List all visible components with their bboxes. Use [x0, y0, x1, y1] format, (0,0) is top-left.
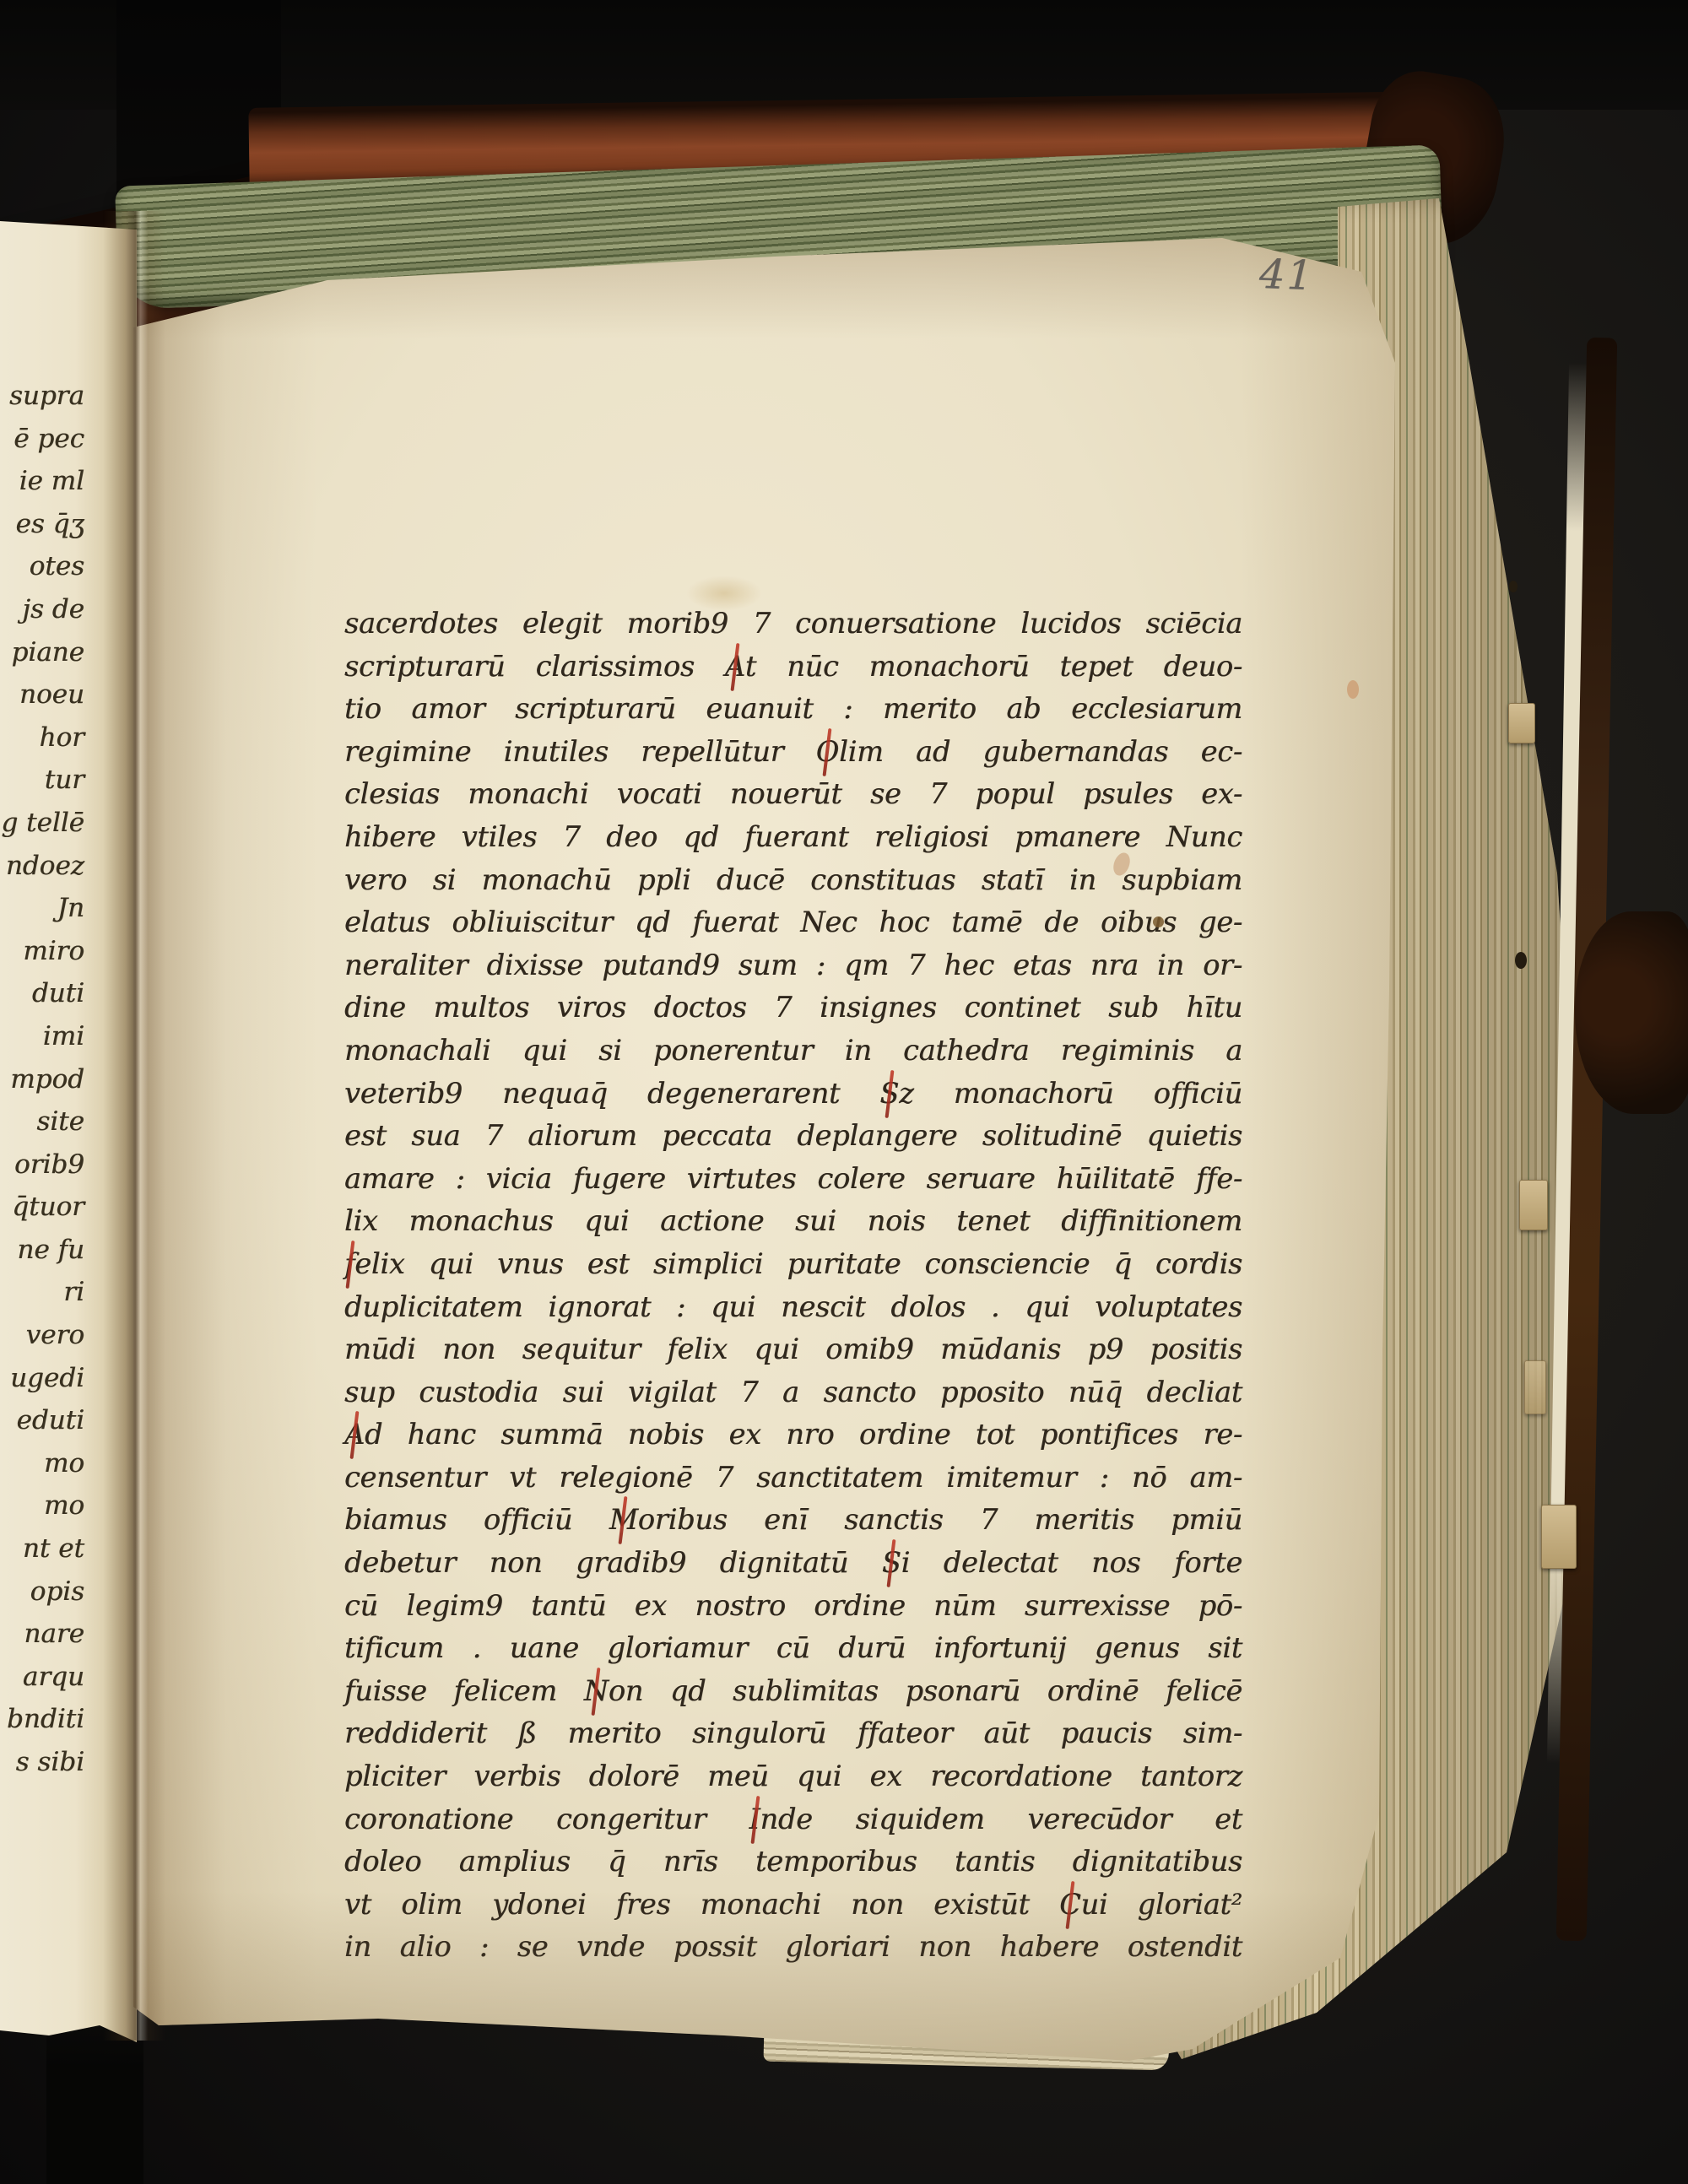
manuscript-photo: supraē pecie mles q̄ʒotesjs depianenoeuh… [0, 0, 1688, 2184]
fragment-line: nt et [0, 1527, 84, 1570]
manuscript-line: regimine inutiles repellūtur Olim ad gub… [344, 731, 1242, 774]
fragment-line: ri vero [0, 1271, 84, 1356]
fragment-line: s sibi [0, 1741, 84, 1784]
edge-rust-stain [1347, 680, 1359, 699]
manuscript-line: Ad hanc summā nobis ex nro ordine tot po… [344, 1414, 1242, 1457]
manuscript-line: sup custodia sui vigilat 7 a sancto ppos… [344, 1371, 1242, 1414]
fragment-line: eduti [0, 1399, 84, 1442]
fragment-line: es q̄ʒ [0, 503, 84, 546]
manuscript-line: reddiderit ß merito singulorū ffateor aū… [344, 1712, 1242, 1755]
manuscript-line: veterib9 nequaq̄ degenerarent Sz monacho… [344, 1073, 1242, 1116]
foxing-stain [686, 576, 762, 611]
rubricated-initial: I [749, 1798, 760, 1841]
fragment-line: g tellē [0, 802, 84, 845]
manuscript-text-block: sacerdotes elegit morib9 7 conuersatione… [344, 603, 1242, 1969]
manuscript-line: scripturarū clarissimos At nūc monachorū… [344, 646, 1242, 689]
fragment-line: noeu [0, 673, 84, 716]
rubricated-initial: S [879, 1073, 899, 1116]
manuscript-line: felix qui vnus est simplici puritate con… [344, 1243, 1242, 1286]
manuscript-line: vt olim ydonei fres monachi non existūt … [344, 1884, 1242, 1927]
fragment-line: supra [0, 375, 84, 418]
manuscript-line: est sua 7 aliorum peccata deplangere sol… [344, 1115, 1242, 1158]
fragment-line: mpod [0, 1058, 84, 1101]
manuscript-line: fuisse felicem Non qd sublimitas psonarū… [344, 1670, 1242, 1713]
fragment-line: mo [0, 1442, 84, 1485]
clasp-strap-shadow [1575, 911, 1688, 1114]
manuscript-line: cū legim9 tantū ex nostro ordine nūm sur… [344, 1585, 1242, 1628]
manuscript-line: mūdi non sequitur felix qui omib9 mūdani… [344, 1328, 1242, 1371]
manuscript-line: vero si monachū ppli ducē constituas sta… [344, 859, 1242, 902]
manuscript-line: hibere vtiles 7 deo qd fuerant religiosi… [344, 816, 1242, 859]
manuscript-line: coronatione congeritur Inde siquidem ver… [344, 1798, 1242, 1841]
rubricated-initial: M [609, 1499, 638, 1542]
fragment-line: ugedi [0, 1357, 84, 1400]
fore-edge-dark-fleck [1509, 581, 1518, 592]
manuscript-line: censentur vt relegionē 7 sanctitatem imi… [344, 1457, 1242, 1500]
manuscript-line: duplicitatem ignorat : qui nescit dolos … [344, 1286, 1242, 1329]
rubricated-initial: f [344, 1243, 354, 1286]
ink-spot-stain [1153, 916, 1164, 927]
fore-edge-dark-fleck [1515, 952, 1527, 969]
fragment-line: q̄tuor [0, 1186, 84, 1229]
rubricated-initial: C [1059, 1884, 1080, 1927]
fragment-line: bnditi [0, 1698, 84, 1741]
fragment-line: js de [0, 588, 84, 631]
manuscript-line: elatus obliuiscitur qd fuerat Nec hoc ta… [344, 901, 1242, 944]
fore-edge-tab [1541, 1505, 1577, 1569]
rubricated-initial: N [584, 1670, 609, 1713]
left-page-sliver: supraē pecie mles q̄ʒotesjs depianenoeuh… [0, 221, 137, 2042]
fragment-line: ē pec [0, 418, 84, 461]
manuscript-line: debetur non gradib9 dignitatū Si delecta… [344, 1542, 1242, 1585]
manuscript-line: in alio : se vnde possit gloriari non ha… [344, 1926, 1242, 1969]
fragment-line: mo [0, 1484, 84, 1527]
fragment-line: opis [0, 1570, 84, 1614]
fragment-line: site [0, 1100, 84, 1143]
manuscript-line: doleo amplius q̄ nrīs temporibus tantis … [344, 1841, 1242, 1884]
manuscript-line: pliciter verbis dolorē meū qui ex record… [344, 1755, 1242, 1798]
manuscript-line: amare : vicia fugere virtutes colere ser… [344, 1158, 1242, 1201]
fragment-line: ne fu [0, 1229, 84, 1272]
fore-edge-tab [1508, 703, 1535, 743]
manuscript-line: clesias monachi vocati nouerūt se 7 popu… [344, 773, 1242, 816]
manuscript-line: tificum . uane gloriamur cū durū infortu… [344, 1627, 1242, 1670]
fragment-line: orib9 [0, 1143, 84, 1187]
rubricated-initial: S [882, 1542, 901, 1585]
fragment-line: ndoez [0, 845, 84, 888]
manuscript-line: tio amor scripturarū euanuit : merito ab… [344, 688, 1242, 731]
fragment-line: miro [0, 930, 84, 973]
fragment-line: arqu [0, 1656, 84, 1699]
fragment-line: nare [0, 1613, 84, 1656]
rubricated-initial: A [725, 646, 745, 689]
rubricated-initial: A [344, 1414, 365, 1457]
rubricated-initial: O [816, 731, 839, 774]
fore-edge-tab [1519, 1180, 1548, 1230]
manuscript-line: monachali qui si ponerentur in cathedra … [344, 1030, 1242, 1073]
fragment-line: duti [0, 972, 84, 1015]
manuscript-line: dine multos viros doctos 7 insignes cont… [344, 987, 1242, 1030]
fragment-line: imi [0, 1015, 84, 1058]
fragment-line: hor [0, 716, 84, 760]
fragment-line: ie ml [0, 460, 84, 503]
fragment-line: piane [0, 631, 84, 674]
fragment-line: Jn [0, 887, 84, 930]
left-page-fragment-column: supraē pecie mles q̄ʒotesjs depianenoeuh… [0, 375, 86, 1784]
right-page: 41 sacerdotes elegit morib9 7 conuersati… [133, 228, 1452, 2076]
fore-edge-tab [1524, 1360, 1546, 1414]
manuscript-line: lix monachus qui actione sui nois tenet … [344, 1200, 1242, 1243]
manuscript-line: sacerdotes elegit morib9 7 conuersatione… [344, 603, 1242, 646]
manuscript-line: neraliter dixisse putand9 sum : qm 7 hec… [344, 944, 1242, 987]
fragment-line: otes [0, 545, 84, 588]
manuscript-line: biamus officiū Moribus enī sanctis 7 mer… [344, 1499, 1242, 1542]
fragment-line: tur [0, 759, 84, 802]
